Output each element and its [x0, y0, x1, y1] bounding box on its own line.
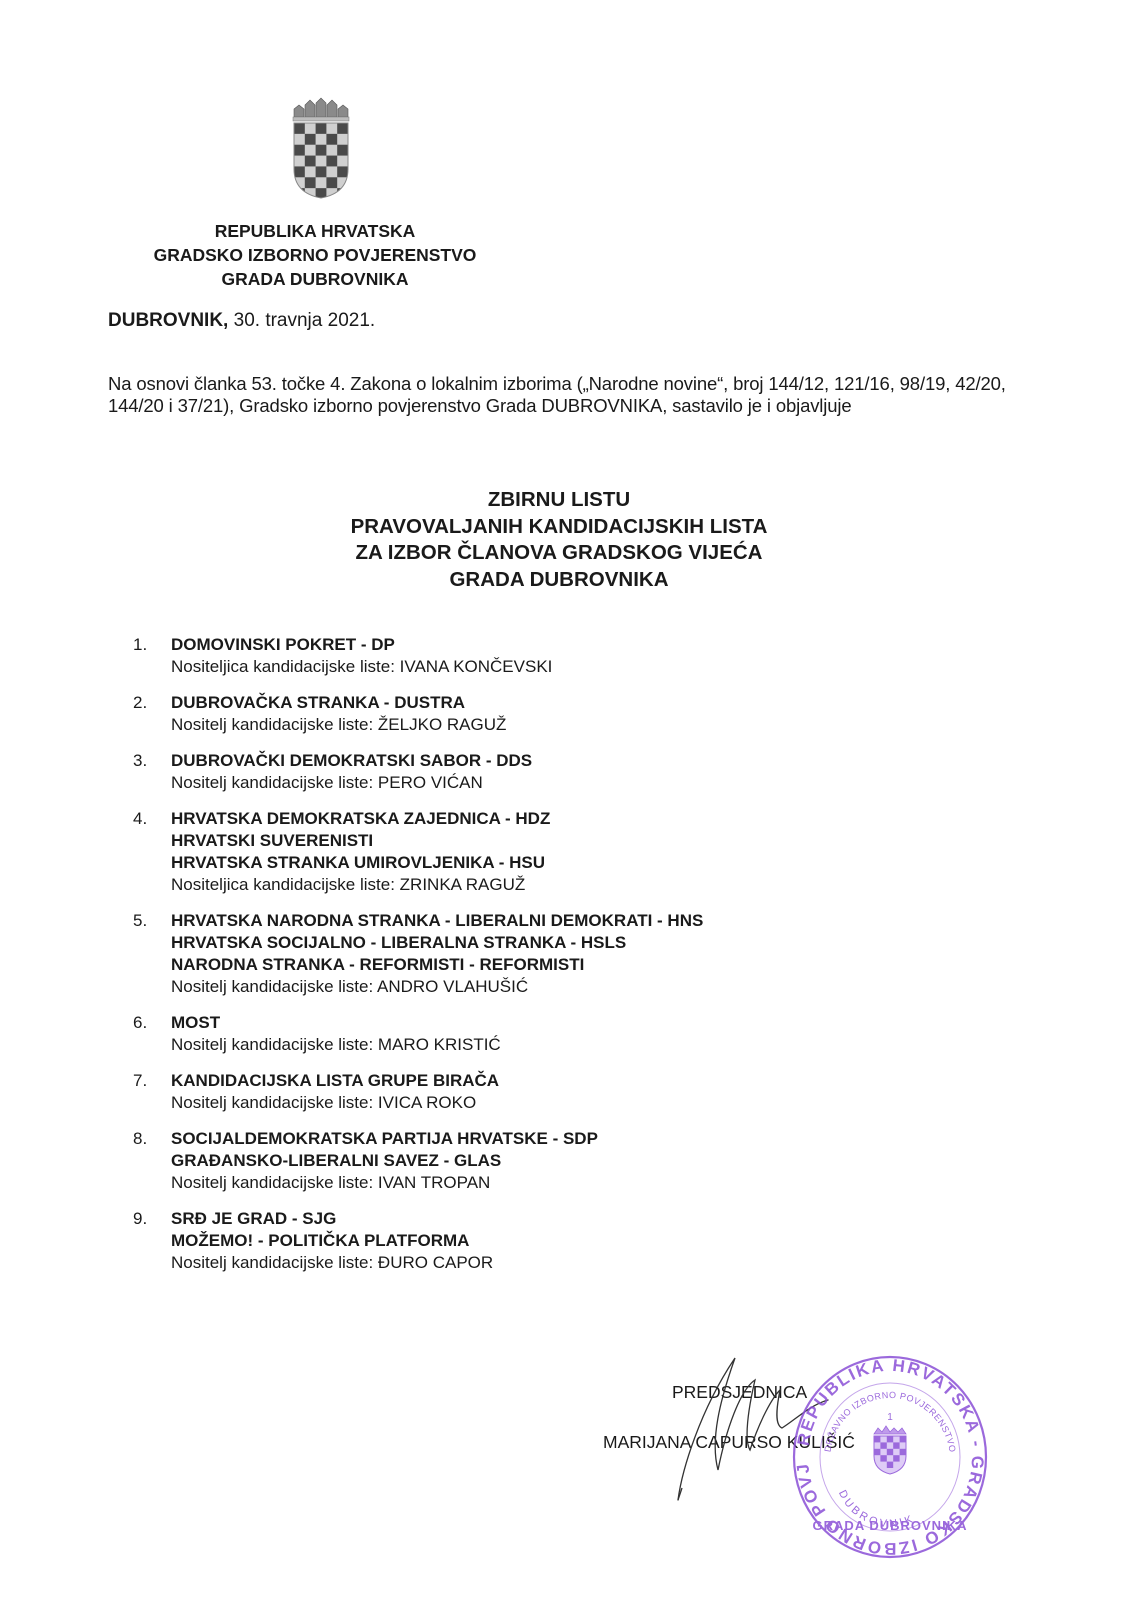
- list-holder: Nositelj kandidacijske liste: ĐURO CAPOR: [171, 1252, 853, 1274]
- dateline: DUBROVNIK, 30. travnja 2021.: [108, 310, 375, 332]
- party-name: HRVATSKA STRANKA UMIROVLJENIKA - HSU: [171, 852, 853, 874]
- official-seal-icon: REPUBLIKA HRVATSKA - GRADSKO IZBORNO POV…: [790, 1352, 990, 1562]
- svg-text:GRADA DUBROVNIKA: GRADA DUBROVNIKA: [813, 1518, 968, 1533]
- list-holder: Nositelj kandidacijske liste: IVICA ROKO: [171, 1092, 853, 1114]
- list-holder: Nositeljica kandidacijske liste: ZRINKA …: [171, 874, 853, 896]
- list-number: 2.: [133, 692, 147, 714]
- party-name: GRAĐANSKO-LIBERALNI SAVEZ - GLAS: [171, 1150, 853, 1172]
- party-name: HRVATSKA DEMOKRATSKA ZAJEDNICA - HDZ: [171, 808, 853, 830]
- party-name: HRVATSKI SUVERENISTI: [171, 830, 853, 852]
- party-name: HRVATSKA SOCIJALNO - LIBERALNA STRANKA -…: [171, 932, 853, 954]
- signatory-role: PREDSJEDNICA: [672, 1382, 807, 1403]
- dateline-date: 30. travnja 2021.: [228, 310, 375, 331]
- party-name: SOCIJALDEMOKRATSKA PARTIJA HRVATSKE - SD…: [171, 1128, 853, 1150]
- party-name: MOŽEMO! - POLITIČKA PLATFORMA: [171, 1230, 853, 1252]
- party-name: DUBROVAČKA STRANKA - DUSTRA: [171, 692, 853, 714]
- party-name: SRĐ JE GRAD - SJG: [171, 1208, 853, 1230]
- dateline-city: DUBROVNIK,: [108, 310, 228, 331]
- candidate-lists: 1.DOMOVINSKI POKRET - DPNositeljica kand…: [133, 634, 853, 1288]
- list-holder: Nositelj kandidacijske liste: ŽELJKO RAG…: [171, 714, 853, 736]
- party-name: HRVATSKA NARODNA STRANKA - LIBERALNI DEM…: [171, 910, 853, 932]
- header-line: GRADSKO IZBORNO POVJERENSTVO: [130, 243, 500, 267]
- title-line: ZA IZBOR ČLANOVA GRADSKOG VIJEĆA: [300, 540, 818, 567]
- list-number: 1.: [133, 634, 147, 656]
- svg-text:1: 1: [887, 1412, 893, 1423]
- list-number: 8.: [133, 1128, 147, 1150]
- party-name: DUBROVAČKI DEMOKRATSKI SABOR - DDS: [171, 750, 853, 772]
- candidate-list-item: 1.DOMOVINSKI POKRET - DPNositeljica kand…: [133, 634, 853, 678]
- list-number: 5.: [133, 910, 147, 932]
- candidate-list-item: 8.SOCIJALDEMOKRATSKA PARTIJA HRVATSKE - …: [133, 1128, 853, 1194]
- candidate-list-item: 6.MOSTNositelj kandidacijske liste: MARO…: [133, 1012, 853, 1056]
- header-line: REPUBLIKA HRVATSKA: [130, 219, 500, 243]
- title-line: ZBIRNU LISTU: [300, 487, 818, 514]
- croatian-coat-of-arms-icon: [290, 95, 352, 199]
- candidate-list-item: 2.DUBROVAČKA STRANKA - DUSTRANositelj ka…: [133, 692, 853, 736]
- list-holder: Nositelj kandidacijske liste: PERO VIĆAN: [171, 772, 853, 794]
- candidate-list-item: 7.KANDIDACIJSKA LISTA GRUPE BIRAČANosite…: [133, 1070, 853, 1114]
- list-holder: Nositeljica kandidacijske liste: IVANA K…: [171, 656, 853, 678]
- candidate-list-item: 4.HRVATSKA DEMOKRATSKA ZAJEDNICA - HDZHR…: [133, 808, 853, 896]
- intro-paragraph: Na osnovi članka 53. točke 4. Zakona o l…: [108, 373, 1028, 417]
- header-line: GRADA DUBROVNIKA: [130, 267, 500, 291]
- handwritten-signature-icon: [660, 1350, 860, 1510]
- party-name: MOST: [171, 1012, 853, 1034]
- party-name: NARODNA STRANKA - REFORMISTI - REFORMIST…: [171, 954, 853, 976]
- party-name: DOMOVINSKI POKRET - DP: [171, 634, 853, 656]
- issuer-header: REPUBLIKA HRVATSKA GRADSKO IZBORNO POVJE…: [130, 219, 500, 291]
- title-line: GRADA DUBROVNIKA: [300, 567, 818, 594]
- list-number: 6.: [133, 1012, 147, 1034]
- list-holder: Nositelj kandidacijske liste: IVAN TROPA…: [171, 1172, 853, 1194]
- svg-text:REPUBLIKA HRVATSKA - GRADSKO I: REPUBLIKA HRVATSKA - GRADSKO IZBORNO POV…: [790, 1352, 987, 1558]
- candidate-list-item: 9.SRĐ JE GRAD - SJGMOŽEMO! - POLITIČKA P…: [133, 1208, 853, 1274]
- candidate-list-item: 5.HRVATSKA NARODNA STRANKA - LIBERALNI D…: [133, 910, 853, 998]
- title-line: PRAVOVALJANIH KANDIDACIJSKIH LISTA: [300, 514, 818, 541]
- list-number: 9.: [133, 1208, 147, 1230]
- party-name: KANDIDACIJSKA LISTA GRUPE BIRAČA: [171, 1070, 853, 1092]
- list-holder: Nositelj kandidacijske liste: MARO KRIST…: [171, 1034, 853, 1056]
- list-holder: Nositelj kandidacijske liste: ANDRO VLAH…: [171, 976, 853, 998]
- list-number: 7.: [133, 1070, 147, 1092]
- svg-text:DUBROVNIK: DUBROVNIK: [836, 1488, 917, 1530]
- document-title: ZBIRNU LISTU PRAVOVALJANIH KANDIDACIJSKI…: [300, 487, 818, 593]
- candidate-list-item: 3.DUBROVAČKI DEMOKRATSKI SABOR - DDSNosi…: [133, 750, 853, 794]
- list-number: 3.: [133, 750, 147, 772]
- signatory-name: MARIJANA CAPURSO KULIŠIĆ: [603, 1432, 855, 1453]
- list-number: 4.: [133, 808, 147, 830]
